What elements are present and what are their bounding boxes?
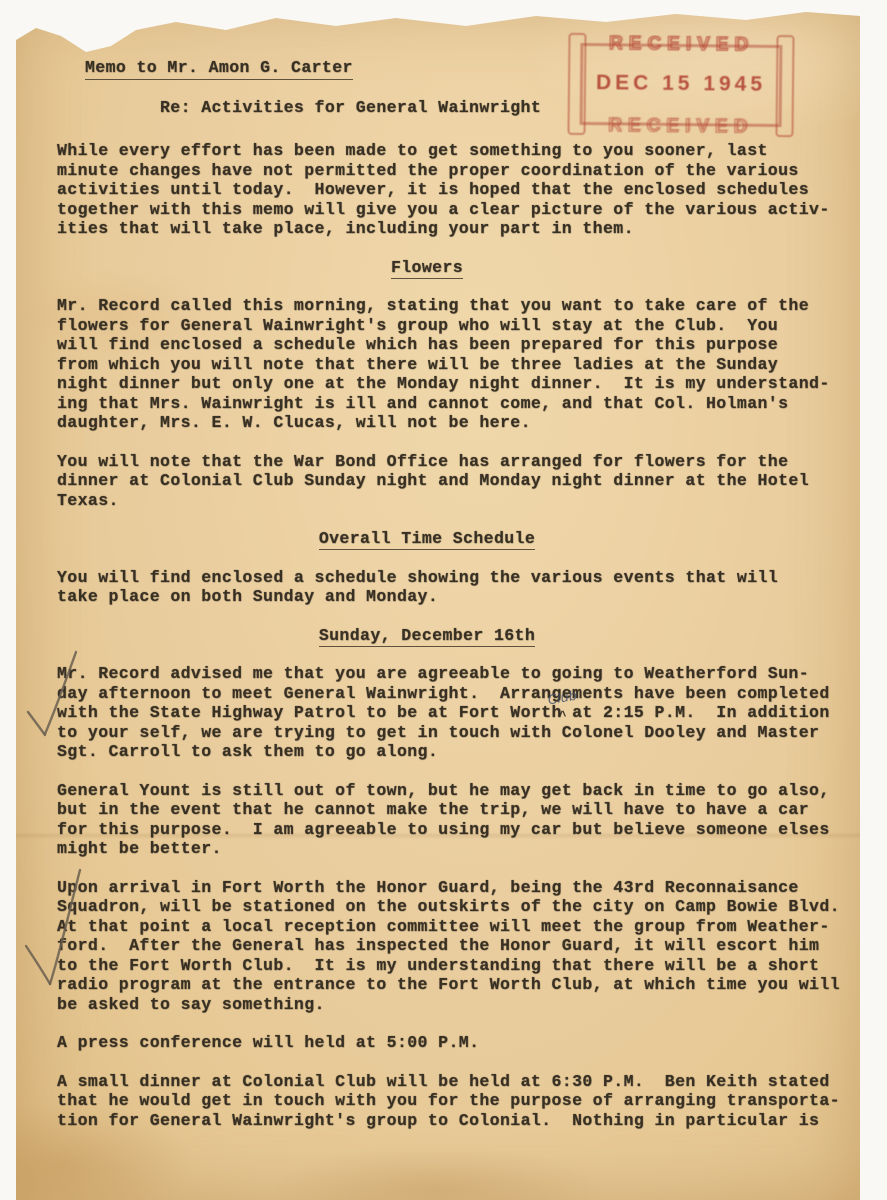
memo-subject: Re: Activities for General Wainwright	[160, 98, 857, 118]
memo-title: Memo to Mr. Amon G. Carter	[57, 52, 857, 98]
memo-paragraph: While every effort has been made to get …	[57, 141, 857, 239]
memo-paragraph: General Yount is still out of town, but …	[57, 781, 857, 859]
memo-paragraph: Mr. Record called this morning, stating …	[57, 296, 857, 433]
memo-paragraph: Upon arrival in Fort Worth the Honor Gua…	[57, 878, 857, 1015]
section-heading: Overall Time Schedule	[57, 529, 797, 549]
memo-paragraph: You will find enclosed a schedule showin…	[57, 568, 857, 607]
memo-paragraph: You will note that the War Bond Office h…	[57, 452, 857, 511]
memo-body: While every effort has been made to get …	[57, 141, 857, 1130]
memo-content: Memo to Mr. Amon G. Carter Re: Activitie…	[0, 0, 857, 1130]
insertion-caret-icon: ^	[559, 707, 567, 727]
memo-paragraph: A small dinner at Colonial Club will be …	[57, 1072, 857, 1131]
memo-paragraph-annotated: Mr. Record advised me that you are agree…	[57, 664, 857, 762]
section-heading: Flowers	[57, 258, 797, 278]
memo-paragraph: A press conference will held at 5:00 P.M…	[57, 1033, 857, 1053]
section-heading: Sunday, December 16th	[57, 626, 797, 646]
